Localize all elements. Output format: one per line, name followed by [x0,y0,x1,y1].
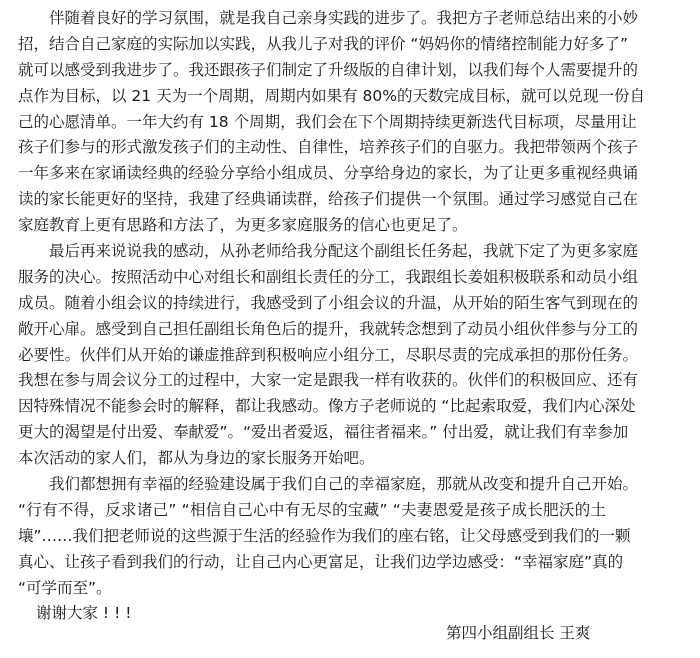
text-line: 壤”……我们把老师说的这些源于生活的经验作为我们的座右铭，让父母感受到我们的一颗 [18,524,606,550]
text-line: 更大的渴望是付出爱、奉献爱”。“爱出者爱返，福往者福来。” 付出爱，就让我们有幸… [18,420,606,446]
text-line: 我想在参与周会议分工的过程中，大家一定是跟我一样有收获的。伙伴们的积极回应、还有 [18,368,606,394]
text-line: 己的心愿清单。一年大约有 18 个周期，我们会在下个周期持续更新迭代目标项，尽量… [18,110,606,136]
text-line: 必要性。伙伴们从开始的谦虚推辞到积极响应小组分工，尽职尽责的完成承担的那份任务。 [18,343,606,369]
text-line: 我们都想拥有幸福的经验建设属于我们自己的幸福家庭，那就从改变和提升自己开始。 [18,472,606,498]
text-line: 伴随着良好的学习氛围，就是我自己亲身实践的进步了。我把方子老师总结出来的小妙 [18,6,606,32]
text-line: “可学而至”。 [18,576,606,602]
paragraph-3: 我们都想拥有幸福的经验建设属于我们自己的幸福家庭，那就从改变和提升自己开始。 “… [18,472,606,601]
text-line: 点作为目标，以 21 天为一个周期，周期内如果有 80%的天数完成目标，就可以兑… [18,84,606,110]
text-line: 成员。随着小组会议的持续进行，我感受到了小组会议的升温，从开始的陌生客气到现在的 [18,291,606,317]
text-line: 招，结合自己家庭的实际加以实践，从我儿子对我的评价 “妈妈你的情绪控制能力好多了… [18,32,606,58]
signature: 第四小组副组长 王爽 [446,621,590,643]
text-line: 因特殊情况不能参会时的解释，都让我感动。像方子老师说的 “比起索取爱，我们内心深… [18,394,606,420]
text-line: 就可以感受到我进步了。我还跟孩子们制定了升级版的自律计划，以我们每个人需要提升的 [18,58,606,84]
text-line: 真心、让孩子看到我们的行动，让自己内心更富足，让我们边学边感受：“幸福家庭”真的 [18,550,606,576]
text-line: 孩子们参与的形式激发孩子们的主动性、自律性，培养孩子们的自驱力。我把带领两个孩子 [18,135,606,161]
paragraph-1: 伴随着良好的学习氛围，就是我自己亲身实践的进步了。我把方子老师总结出来的小妙 招… [18,6,606,239]
text-line: 最后再来说说我的感动，从孙老师给我分配这个副组长任务起，我就下定了为更多家庭 [18,239,606,265]
paragraph-2: 最后再来说说我的感动，从孙老师给我分配这个副组长任务起，我就下定了为更多家庭 服… [18,239,606,472]
text-line: 一年多来在家诵读经典的经验分享给小组成员、分享给身边的家长，为了让更多重视经典诵 [18,161,606,187]
document-body: 伴随着良好的学习氛围，就是我自己亲身实践的进步了。我把方子老师总结出来的小妙 招… [18,6,606,627]
text-line: 本次活动的家人们，都从为身边的家长服务开始吧。 [18,446,606,472]
text-line: 读的家长能更好的坚持，我建了经典诵读群，给孩子们提供一个氛围。通过学习感觉自己在 [18,187,606,213]
text-line: 家庭教育上更有思路和方法了，为更多家庭服务的信心也更足了。 [18,213,606,239]
text-line: “行有不得，反求诸己” “相信自己心中有无尽的宝藏” “夫妻恩爱是孩子成长肥沃的… [18,498,606,524]
text-line: 敞开心扉。感受到自己担任副组长角色后的提升，我就转念想到了动员小组伙伴参与分工的 [18,317,606,343]
text-line: 服务的决心。按照活动中心对组长和副组长责任的分工，我跟组长姜姐积极联系和动员小组 [18,265,606,291]
